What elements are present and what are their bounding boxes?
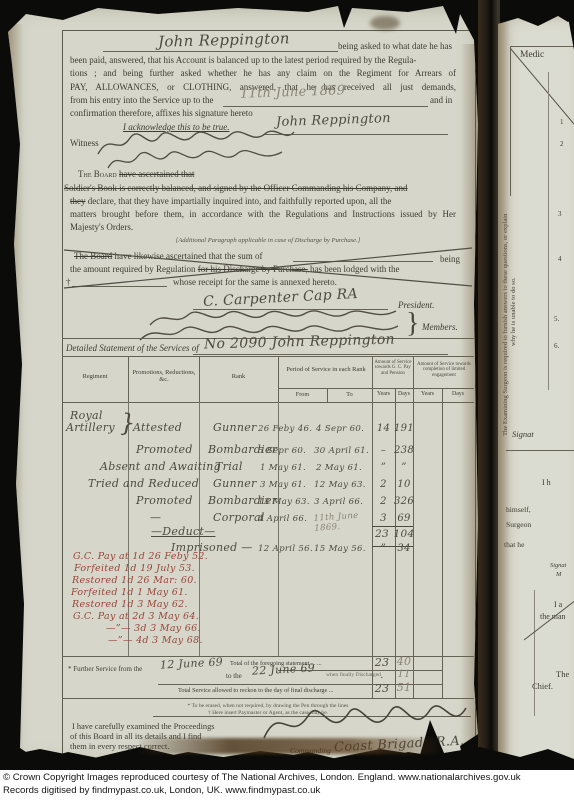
question-number: 4 (558, 255, 562, 263)
discharge-document-page: John Reppington being asked to what date… (8, 4, 480, 766)
members-label: Members. (422, 322, 458, 332)
board-line4: Majesty's Orders. (70, 222, 133, 232)
allowed-years: 23 (370, 683, 394, 696)
declaration-line6: confirmation therefore, affixes his sign… (70, 108, 253, 118)
fragment-m: M (556, 571, 561, 578)
table-subheader-rule (278, 388, 474, 389)
additional-paragraph-note: [Additional Paragraph applicable in case… (62, 237, 474, 245)
subtotal-days: 104 (392, 528, 416, 540)
row-from: 13 May 63. (258, 498, 310, 508)
col-line (278, 402, 279, 656)
board-line3: matters brought before them, in accordan… (70, 209, 456, 219)
declaration-line5-tail: and in (430, 95, 452, 105)
row-to-pencil: 11th June 1869. (313, 511, 366, 534)
row-days: 10 (393, 479, 415, 491)
statement-title-prefix: Detailed Statement of the Services of (66, 343, 199, 353)
deduct-label: —Deduct— (151, 526, 215, 539)
question-number: 1 (560, 118, 564, 126)
name-rule (103, 51, 338, 52)
header-days-limited: Days (442, 391, 474, 398)
row-years: ” (372, 462, 395, 474)
row-years: 2 (372, 496, 395, 508)
question-number: 5. (554, 315, 559, 323)
soldier-name-handwritten: John Reppington (158, 30, 290, 51)
signature-label-fragment: Signat (512, 430, 534, 440)
board-struck-line: Soldier's Book is correctly balanced, an… (64, 183, 474, 193)
allowed-days: 51 (392, 682, 416, 695)
medical-header-fragment: Medic (520, 50, 544, 61)
declaration-line1: being asked to what date he has (338, 41, 452, 51)
question-number: 3 (558, 210, 562, 218)
row-rank: Trial (215, 461, 243, 474)
fragment-chief: Chief. (532, 682, 553, 692)
top-blob-stain (370, 16, 400, 30)
fragment-that-he: that he (504, 541, 524, 550)
declaration-line2: been paid, answered, that his Account is… (70, 55, 456, 65)
row-from: 3 May 61. (260, 481, 306, 491)
row-years: 14 (372, 423, 395, 435)
row-days: 191 (393, 423, 415, 435)
fragment-signed: Signat (550, 562, 566, 569)
header-days-gc: Days (395, 391, 413, 398)
left-edge-stain (8, 24, 24, 754)
board-declare-line: they declare, that they have impartially… (70, 196, 456, 206)
board-intro-text: The Board (78, 169, 117, 179)
board-they-struck: they (70, 196, 86, 206)
row-promotion: Attested (133, 422, 182, 435)
col-line (442, 402, 443, 698)
header-gc-service: Amount of Service towards G. C. Pay and … (373, 360, 413, 376)
certify-line3: them in every respect correct. (70, 742, 169, 752)
header-limited-service: Amount of Service towards completion of … (414, 362, 474, 378)
fragment-i-h: I h (542, 478, 551, 487)
row-days: 238 (393, 445, 415, 457)
further-days: 11 (392, 669, 416, 681)
header-to: To (327, 391, 372, 398)
imprisoned-to: 15 May 56. (314, 545, 366, 555)
title-under-rule (193, 354, 448, 355)
gc-entry: G.C. Pay at 1d 26 Feby 52. (73, 552, 208, 563)
book-gutter (478, 0, 500, 772)
header-years-gc: Years (372, 391, 395, 398)
examining-surgeon-note: The Examining Surgeon is required to fur… (502, 98, 517, 436)
gc-entry: Restored 1d 26 Mar: 60. (72, 576, 197, 587)
members-brace: } (406, 308, 419, 340)
row-rank: Corporal (213, 512, 265, 525)
total-days: 40 (392, 656, 416, 669)
total-foregoing-label: Total of the foregoing statement ... ... (230, 660, 322, 667)
row-from: 5 Sepr 60. (258, 447, 306, 457)
further-years: . (370, 670, 394, 682)
row-to: 2 May 61. (316, 464, 362, 474)
row-years: 2 (372, 479, 395, 491)
purchase-cross-out (62, 246, 474, 290)
row-to: 12 May 63. (314, 481, 366, 491)
row-from: 1 May 61. (260, 464, 306, 474)
declaration-line5: from his entry into the Service up to th… (70, 95, 213, 105)
row-promotion: Promoted (136, 444, 193, 457)
fragment-the: The (556, 670, 569, 680)
row-to: 30 April 61. (314, 447, 369, 457)
imprisoned-from: 12 April 56. (258, 545, 313, 555)
watermark-band: © Crown Copyright Images reproduced cour… (0, 770, 574, 800)
board-declare-rest: declare, that they have impartially inqu… (88, 196, 392, 206)
header-regiment: Regiment (62, 373, 128, 380)
gc-entry: —”— 4d 3 May 68. (108, 636, 203, 647)
gc-entry: Restored 1d 3 May 62. (72, 600, 188, 611)
row-promotion: Tried and Reduced (88, 478, 199, 491)
watermark-line1: © Crown Copyright Images reproduced cour… (3, 772, 521, 783)
row-to: 3 April 66. (314, 498, 363, 508)
header-promotions: Promotions, Reductions, &c. (131, 369, 197, 384)
gc-entry: G.C. Pay at 2d 3 May 64. (73, 612, 199, 623)
row-days: 326 (393, 496, 415, 508)
fragment-surgeon: Surgeon (506, 521, 531, 530)
row-from: 26 Feby 46. (258, 425, 312, 435)
col-line (128, 356, 129, 402)
question-box-border (548, 72, 549, 390)
board-intro-struck: have ascertained that (119, 169, 194, 179)
question-number: 6. (554, 342, 559, 350)
certify-line2: of this Board in all its details and I f… (70, 732, 201, 742)
further-service-label: * Further Service from the (68, 665, 142, 673)
row-rank: Gunner (213, 422, 257, 435)
row-to: 4 Sepr 60. (316, 425, 364, 435)
row-promotion: Absent and Awaiting (100, 461, 221, 474)
header-period: Period of Service in each Rank (282, 366, 370, 373)
gc-entry: Forfeited 1d 1 May 61. (71, 588, 188, 599)
fragment-himself: himself, (506, 506, 531, 515)
question-number: 2 (560, 140, 564, 148)
watermark-line2: Records digitised by findmypast.co.uk, L… (3, 785, 320, 796)
subtotal-years: 23 (370, 528, 394, 540)
section-rule (506, 450, 574, 451)
archive-scan: { "declaration": { "name": "John Repping… (0, 0, 574, 800)
header-from: From (278, 391, 327, 398)
lower-diagonal-line (522, 598, 574, 642)
gc-entry: —”— 3d 3 May 66. (106, 624, 201, 635)
row-years: 3 (372, 513, 395, 525)
surgeon-note-line1: The Examining Surgeon is required to fur… (502, 214, 509, 436)
row-days: 69 (393, 513, 415, 525)
date-rule (223, 106, 428, 107)
regiment-line2: Artillery (66, 422, 115, 435)
row-promotion: — (150, 512, 161, 525)
imprisoned-years: ” (372, 543, 395, 555)
row-years: – (372, 445, 395, 457)
surgeon-note-line2: why he is unable to do so. (510, 277, 517, 346)
witness-label: Witness (70, 138, 99, 148)
header-years-limited: Years (413, 391, 442, 398)
gc-entry: Forfeited 1d 19 July 53. (74, 564, 195, 575)
imprisoned-days: 34 (393, 543, 415, 555)
row-days: ” (393, 462, 415, 474)
row-rank: Gunner (213, 478, 257, 491)
further-mid-label: to the (226, 672, 242, 680)
medical-page-edge: Medic The Examining Surgeon is required … (498, 16, 574, 772)
row-from: 4 April 66. (258, 515, 307, 525)
header-rank: Rank (199, 373, 278, 380)
row-promotion: Promoted (136, 495, 193, 508)
commanding-label: Commanding (290, 747, 331, 756)
subtotal-rule (372, 526, 413, 527)
total-allowed-label: Total Service allowed to reckon to the d… (178, 687, 333, 694)
certify-line1: I have carefully examined the Proceeding… (72, 722, 215, 732)
declaration-line3: tions ; and being further asked whether … (70, 68, 456, 78)
total-years: 23 (370, 657, 394, 670)
board-intro: The Board have ascertained that (78, 169, 194, 179)
